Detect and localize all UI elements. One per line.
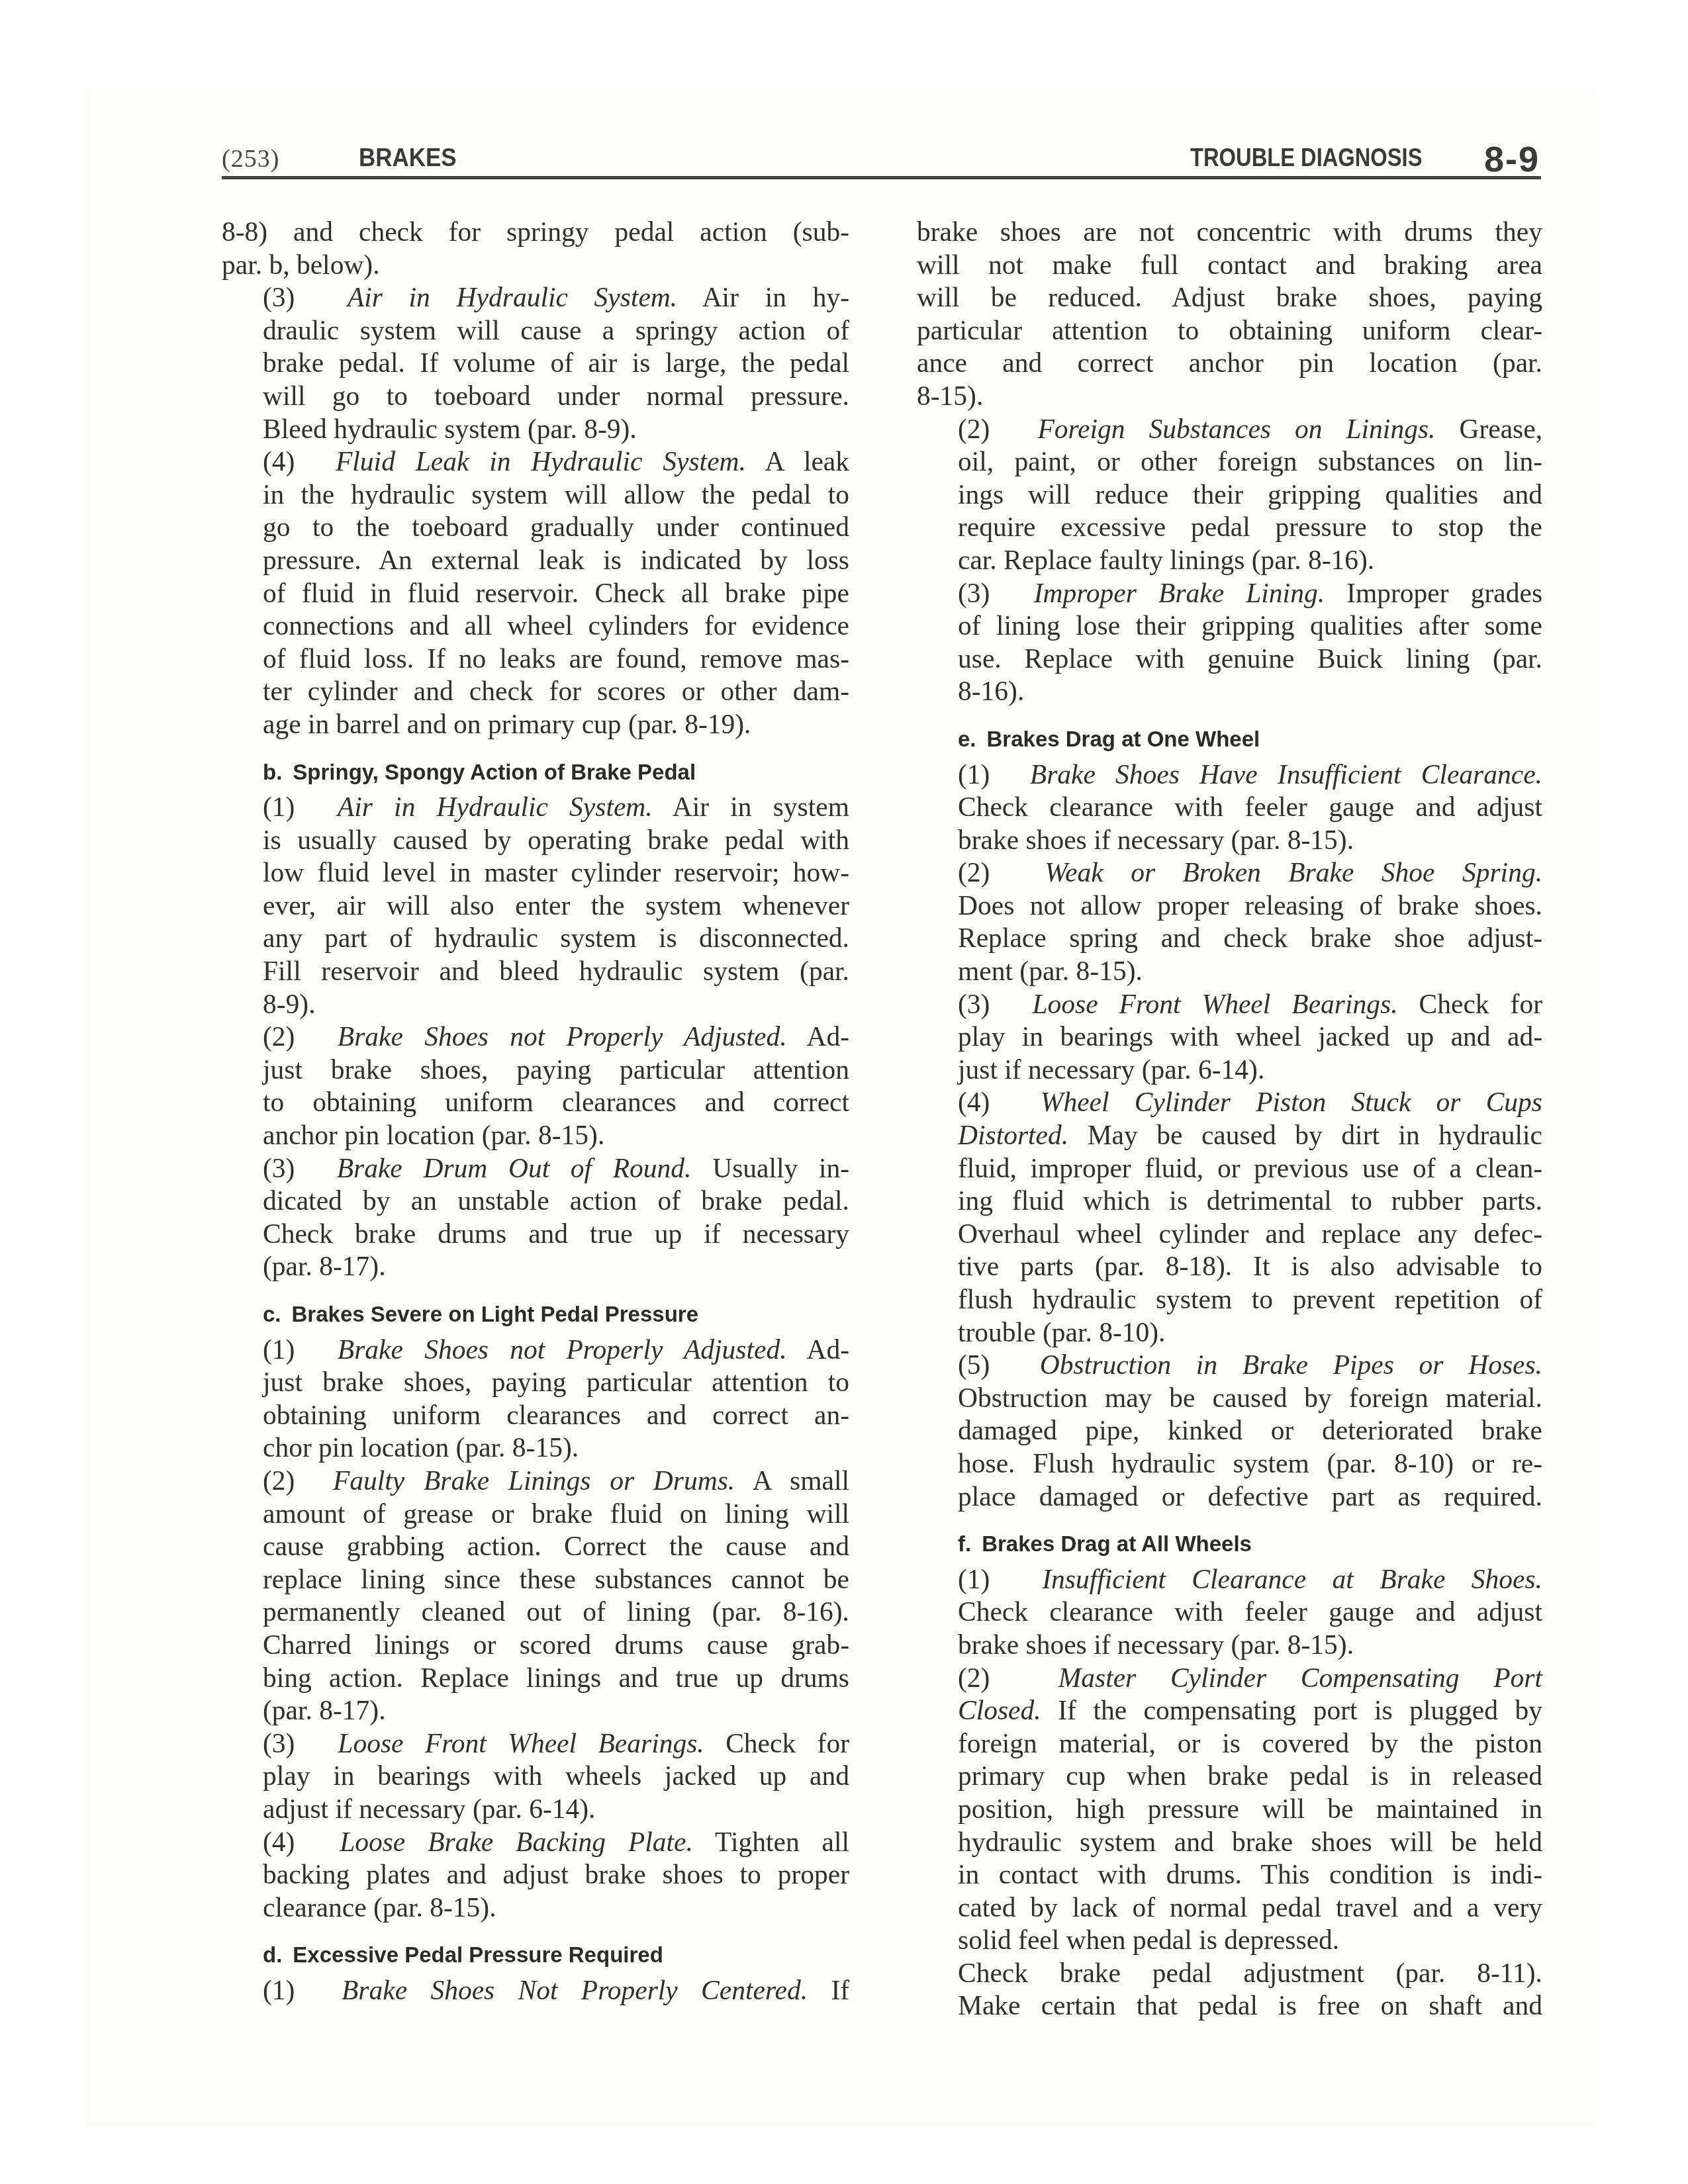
page-number: (253) bbox=[222, 144, 279, 173]
item-d3: (3) Improper Brake Lining. Improper grad… bbox=[917, 577, 1542, 708]
item-e2: (2) Weak or Broken Brake Shoe Spring. Do… bbox=[917, 856, 1542, 987]
topic-title: TROUBLE DIAGNOSIS bbox=[1190, 144, 1422, 173]
item-b2: (2) Brake Shoes not Properly Adjusted. A… bbox=[222, 1021, 849, 1152]
subhead-f: f.Brakes Drag at All Wheels bbox=[917, 1527, 1542, 1561]
subhead-e: e.Brakes Drag at One Wheel bbox=[917, 723, 1542, 756]
header-rule bbox=[222, 176, 1541, 179]
item-c4: (4) Loose Brake Backing Plate. Tighten a… bbox=[222, 1826, 849, 1925]
subhead-c: c.Brakes Severe on Light Pedal Pressure bbox=[222, 1298, 849, 1331]
item-e3: (3) Loose Front Wheel Bearings. Check fo… bbox=[917, 988, 1542, 1087]
item-air-in-hydraulic-system: (3) Air in Hydraulic System. Air in hy- … bbox=[222, 281, 849, 445]
item-c3: (3) Loose Front Wheel Bearings. Check fo… bbox=[222, 1727, 849, 1826]
left-column: 8-8) and check for springy pedal action … bbox=[222, 216, 849, 2007]
item-f2: (2) Master Cylinder Compensating Port Cl… bbox=[917, 1662, 1542, 1957]
item-fluid-leak: (4) Fluid Leak in Hydraulic System. A le… bbox=[222, 445, 849, 741]
item-d1: (1) Brake Shoes Not Properly Centered. I… bbox=[222, 1974, 849, 2007]
item-b1: (1) Air in Hydraulic System. Air in syst… bbox=[222, 791, 849, 1021]
section-title: BRAKES bbox=[359, 144, 457, 173]
right-column: brake shoes are not concentric with drum… bbox=[917, 216, 1542, 2023]
item-c2: (2) Faulty Brake Linings or Drums. A sma… bbox=[222, 1465, 849, 1727]
subhead-b: b.Springy, Spongy Action of Brake Pedal bbox=[222, 756, 849, 789]
page-header: (253) BRAKES TROUBLE DIAGNOSIS 8-9 bbox=[222, 132, 1541, 180]
chapter-number: 8-9 bbox=[1484, 139, 1540, 180]
continuation-paragraph-right: brake shoes are not concentric with drum… bbox=[917, 216, 1542, 413]
item-b3: (3) Brake Drum Out of Round. Usually in-… bbox=[222, 1152, 849, 1283]
subhead-d: d.Excessive Pedal Pressure Required bbox=[222, 1938, 849, 1972]
item-d2: (2) Foreign Substances on Linings. Greas… bbox=[917, 413, 1542, 577]
item-f1: (1) Insufficient Clearance at Brake Shoe… bbox=[917, 1563, 1542, 1662]
closing-paragraph: Check brake pedal adjustment (par. 8-11)… bbox=[917, 1957, 1542, 2023]
item-e1: (1) Brake Shoes Have Insufficient Cleara… bbox=[917, 758, 1542, 857]
item-e4: (4) Wheel Cylinder Piston Stuck or Cups … bbox=[917, 1086, 1542, 1349]
continuation-paragraph: 8-8) and check for springy pedal action … bbox=[222, 216, 849, 281]
item-e5: (5) Obstruction in Brake Pipes or Hoses.… bbox=[917, 1349, 1542, 1513]
item-c1: (1) Brake Shoes not Properly Adjusted. A… bbox=[222, 1334, 849, 1465]
